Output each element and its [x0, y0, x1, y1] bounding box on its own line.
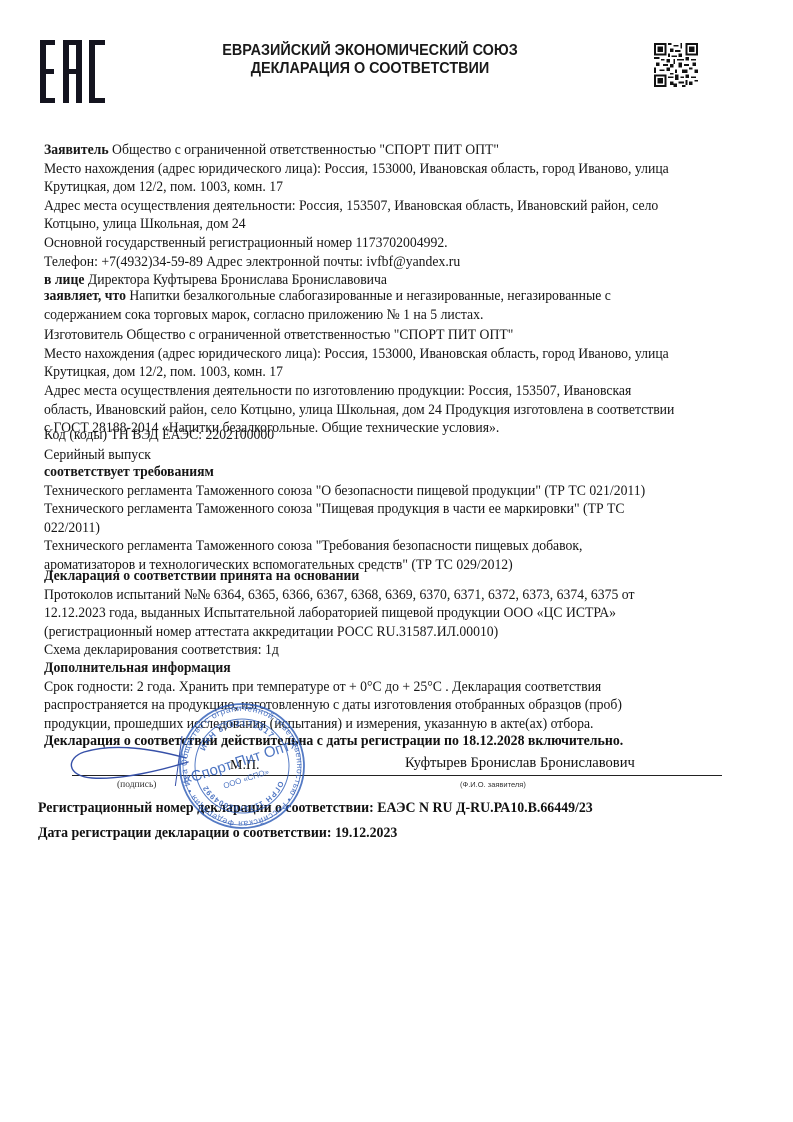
registration-number: Регистрационный номер декларации о соотв… — [38, 800, 593, 817]
manufacturer: Изготовитель Общество с ограниченной отв… — [44, 326, 674, 345]
header-declaration-title: ДЕКЛАРАЦИЯ О СООТВЕТСТВИИ — [165, 60, 574, 78]
basis-line: (регистрационный номер аттестата аккреди… — [44, 623, 634, 642]
applicant-legal-address-line2: Крутицкая, дом 12/2, пом. 1003, комн. 17 — [44, 178, 669, 197]
applicant-activity-address-line1: Адрес места осуществления деятельности: … — [44, 197, 669, 216]
manufacturer-production-line2: область, Ивановский район, село Котцыно,… — [44, 401, 674, 420]
manufacturer-legal-address-line2: Крутицкая, дом 12/2, пом. 1003, комн. 17 — [44, 363, 674, 382]
validity-statement: Декларация о соответствии действительна … — [44, 733, 623, 750]
requirement-line: Технического регламента Таможенного союз… — [44, 500, 645, 519]
applicant-legal-address-line1: Место нахождения (адрес юридического лиц… — [44, 160, 669, 179]
qr-code-icon — [654, 43, 698, 87]
applicant-contacts: Телефон: +7(4932)34-59-89 Адрес электрон… — [44, 253, 669, 272]
represented-label: в лице — [44, 272, 84, 288]
manufacturer-legal-address-line1: Место нахождения (адрес юридического лиц… — [44, 345, 674, 364]
applicant-label: Заявитель — [44, 142, 109, 158]
eac-logo — [40, 40, 106, 103]
requirement-line: Технического регламента Таможенного союз… — [44, 482, 645, 501]
basis-line: Протоколов испытаний №№ 6364, 6365, 6366… — [44, 586, 634, 605]
seal-place-label: М.П. — [230, 758, 260, 774]
manufacturer-production-line1: Адрес места осуществления деятельности п… — [44, 382, 674, 401]
basis-line: Схема декларирования соответствия: 1д — [44, 641, 634, 660]
signature-caption: (подпись) — [117, 780, 156, 790]
represented-by: Директора Куфтырева Бронислава Бронислав… — [84, 272, 387, 288]
additional-info-line: Срок годности: 2 года. Хранить при темпе… — [44, 678, 622, 697]
release-type: Серийный выпуск — [44, 446, 274, 465]
requirements-heading: соответствует требованиям — [44, 463, 645, 482]
basis-line: 12.12.2023 года, выданных Испытательной … — [44, 604, 634, 623]
requirement-line: 022/2011) — [44, 519, 645, 538]
additional-info-heading: Дополнительная информация — [44, 659, 622, 678]
declaration-section: заявляет, что Напитки безалкогольные сла… — [44, 287, 674, 438]
tn-ved-code: Код (коды) ТН ВЭД ЕАЭС: 2202100000 — [44, 426, 274, 445]
registration-date: Дата регистрации декларации о соответств… — [38, 825, 397, 842]
basis-heading: Декларация о соответствии принята на осн… — [44, 567, 634, 586]
header-union-title: ЕВРАЗИЙСКИЙ ЭКОНОМИЧЕСКИЙ СОЮЗ — [165, 42, 574, 60]
applicant-section: Заявитель Общество с ограниченной ответс… — [44, 141, 669, 290]
additional-info-section: Дополнительная информация Срок годности:… — [44, 659, 622, 733]
signer-name: Куфтырев Бронислав Брониславович — [405, 755, 635, 772]
applicant-ogrn: Основной государственный регистрационный… — [44, 234, 669, 253]
fio-caption: (Ф.И.О. заявителя) — [460, 780, 526, 789]
additional-info-line: распространяется на продукцию, изготовле… — [44, 696, 622, 715]
requirements-section: соответствует требованиям Технического р… — [44, 463, 645, 575]
applicant-activity-address-line2: Котцыно, улица Школьная, дом 24 — [44, 215, 669, 234]
applicant-name: Общество с ограниченной ответственностью… — [109, 142, 499, 158]
signature-line — [72, 775, 722, 776]
product-line1: Напитки безалкогольные слабогазированные… — [126, 288, 611, 304]
additional-info-line: продукции, прошедших исследования (испыт… — [44, 715, 622, 734]
declares-label: заявляет, что — [44, 288, 126, 304]
document-header: ЕВРАЗИЙСКИЙ ЭКОНОМИЧЕСКИЙ СОЮЗ ДЕКЛАРАЦИ… — [165, 42, 574, 78]
eac-mark-icon — [40, 40, 106, 103]
product-line2: содержанием сока торговых марок, согласн… — [44, 306, 674, 325]
requirement-line: Технического регламента Таможенного союз… — [44, 537, 645, 556]
basis-section: Декларация о соответствии принята на осн… — [44, 567, 634, 660]
code-section: Код (коды) ТН ВЭД ЕАЭС: 2202100000 Серий… — [44, 426, 274, 464]
